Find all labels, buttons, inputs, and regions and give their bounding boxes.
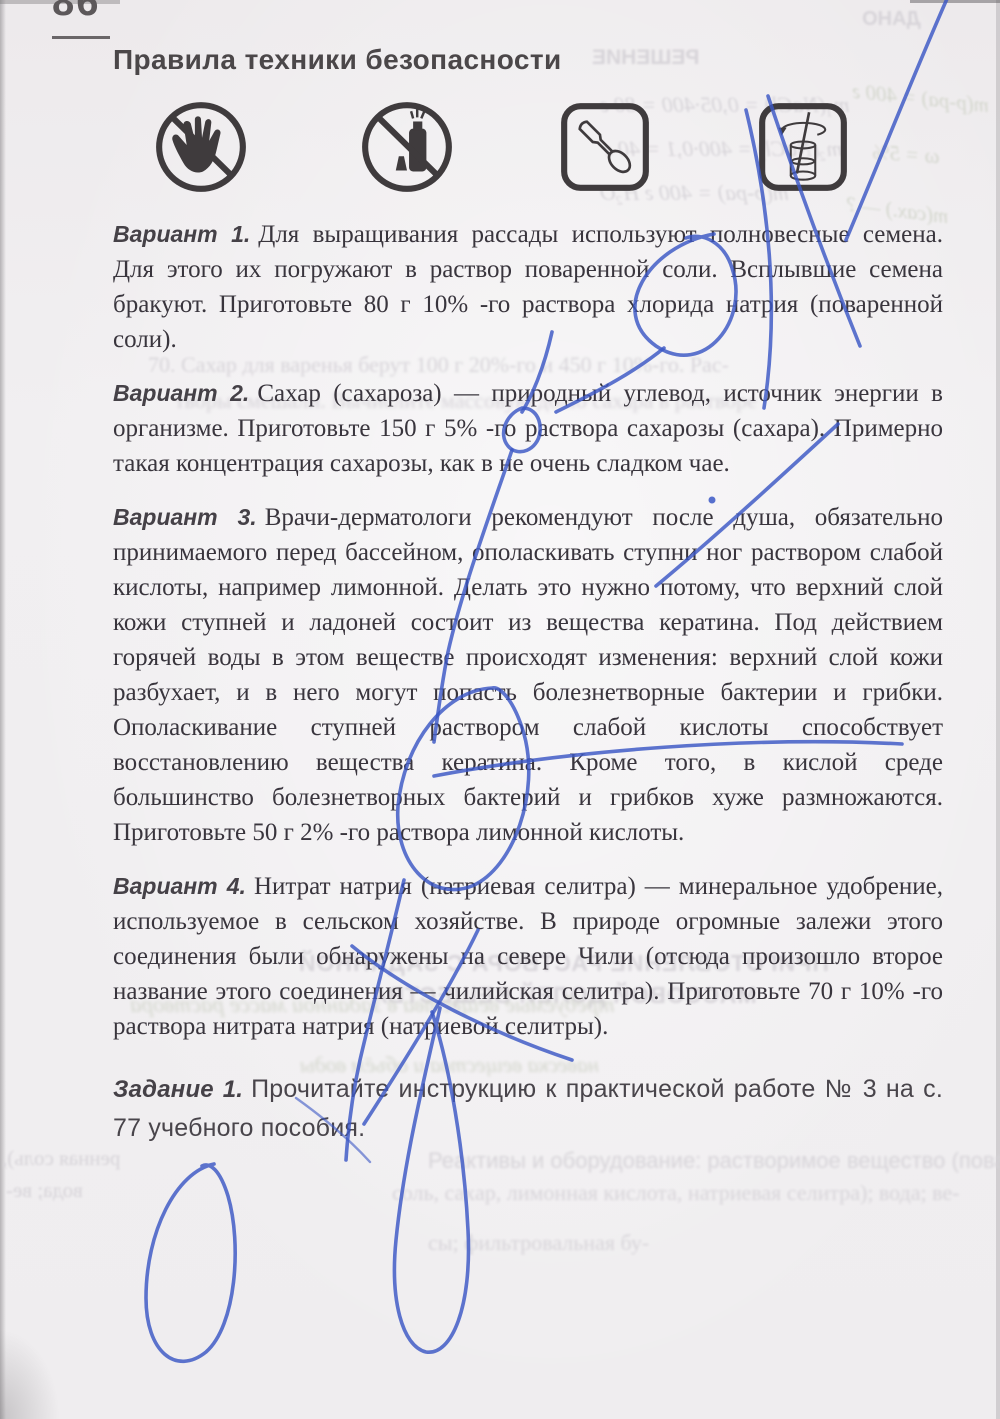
pen-stroke bbox=[146, 1164, 235, 1361]
bleed-through-text: вода; ве- bbox=[6, 1178, 83, 1203]
scanned-workbook-page: ДАНО РЕШЕНИЕ m₁(NaCl) = 0,05·400 = 80 г … bbox=[0, 0, 1000, 1419]
bleed-through-text: ДАНО bbox=[862, 8, 921, 31]
variant-1-paragraph: Вариант 1.Для выращивания рассады исполь… bbox=[113, 217, 943, 357]
safety-icons-row bbox=[113, 98, 943, 198]
spatula-scoop-icon bbox=[556, 98, 654, 196]
page-number-rule bbox=[52, 36, 110, 39]
variant-2-label: Вариант 2. bbox=[113, 380, 249, 406]
page-number-clip: 86 bbox=[52, 0, 122, 22]
bleed-through-text: ренная соль), bbox=[2, 1146, 120, 1171]
variant-2-paragraph: Вариант 2.Сахар (сахароза) — природный у… bbox=[113, 376, 943, 481]
variant-3-text: Врачи-дерматологи рекомендуют после душа… bbox=[113, 504, 943, 846]
bleed-through-text: соль, сахар, лимонная кислота, натриевая… bbox=[392, 1180, 959, 1206]
page-number: 86 bbox=[52, 0, 122, 22]
scan-edge-right bbox=[996, 0, 1000, 1419]
bleed-through-text: Реактивы и оборудование: растворимое вещ… bbox=[428, 1148, 1000, 1174]
task-1-paragraph: Задание 1.Прочитайте инструкцию к практи… bbox=[113, 1070, 943, 1147]
bleed-through-text: сы; фильтровальная бу- bbox=[428, 1230, 649, 1256]
variant-4-label: Вариант 4. bbox=[113, 873, 246, 899]
variant-3-paragraph: Вариант 3.Врачи-дерматологи рекомендуют … bbox=[113, 500, 943, 850]
variant-3-label: Вариант 3. bbox=[113, 504, 257, 530]
scan-edge-left bbox=[0, 0, 6, 1419]
no-touch-hand-icon bbox=[152, 98, 250, 196]
page-title: Правила техники безопасности bbox=[113, 44, 943, 76]
scan-corner-shadow bbox=[0, 1329, 60, 1419]
variant-4-paragraph: Вариант 4.Нитрат натрия (натриевая селит… bbox=[113, 869, 943, 1044]
task-1-label: Задание 1. bbox=[113, 1076, 243, 1103]
printed-content: Правила техники безопасности bbox=[113, 44, 943, 1147]
variant-1-label: Вариант 1. bbox=[113, 221, 250, 247]
no-open-reagent-bottle-icon bbox=[358, 98, 456, 196]
scan-edge-top bbox=[910, 0, 1000, 3]
stirring-beaker-icon bbox=[754, 98, 852, 196]
